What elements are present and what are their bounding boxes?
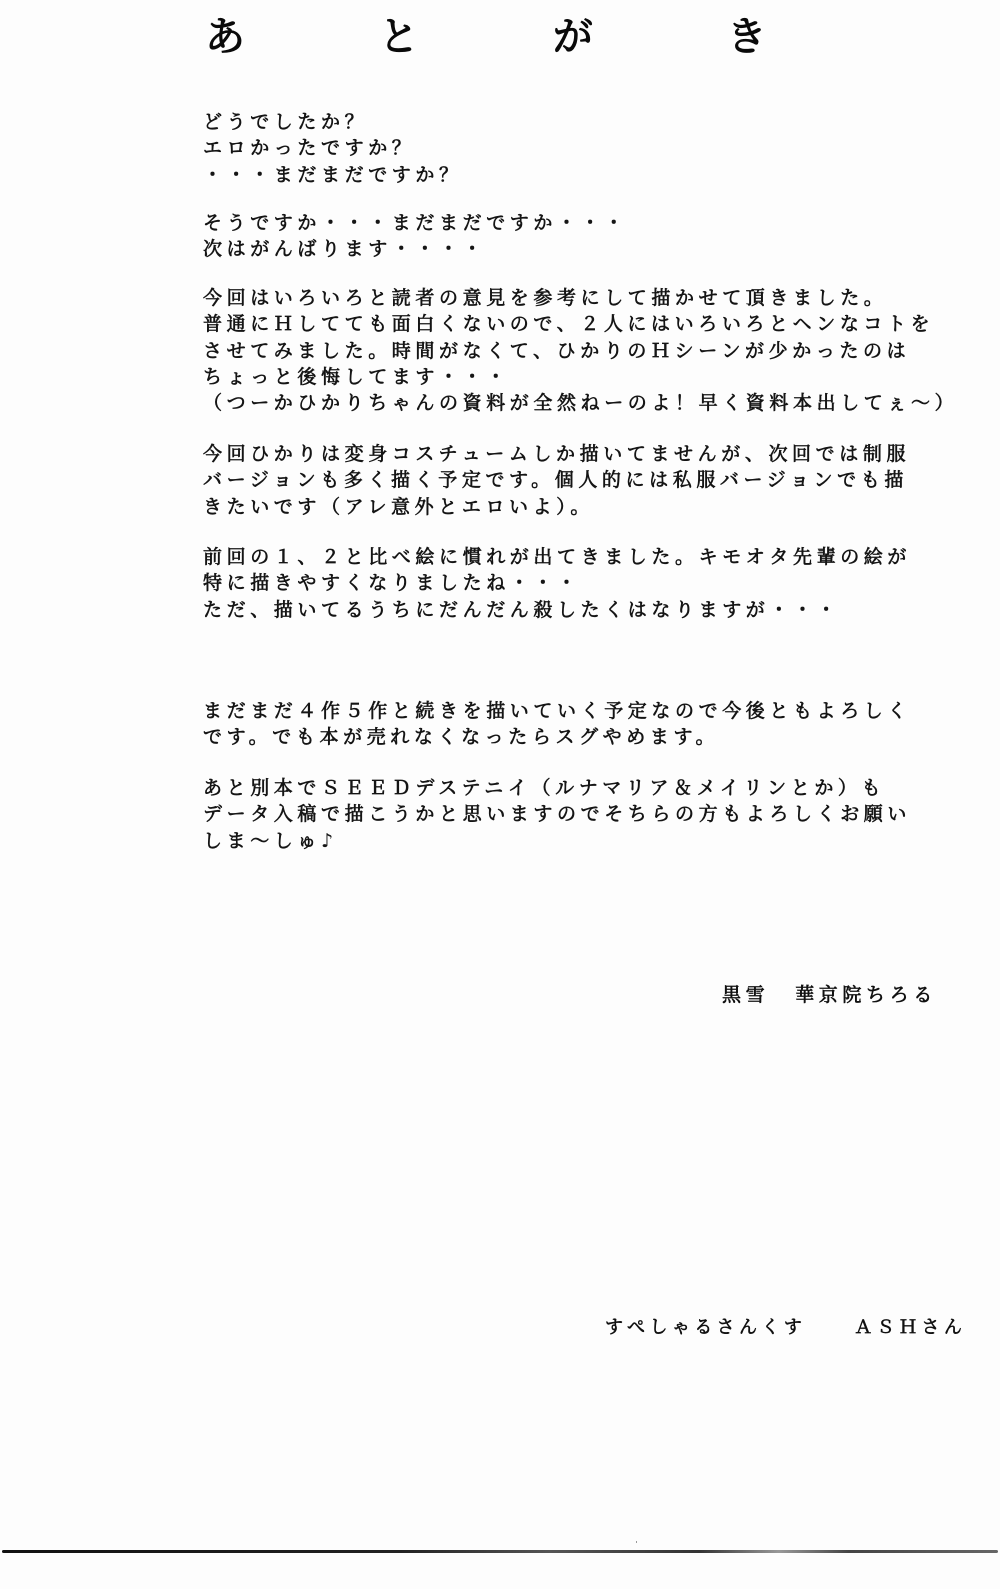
text-line: エロかったですか？: [203, 135, 463, 161]
text-line: 普通にＨしてても面白くないので、２人にはいろいろとヘンなコトを: [203, 311, 958, 337]
bottom-rule-divider: [2, 1550, 998, 1553]
paragraph-other-book: あと別本でＳＥＥＤデステニイ（ルナマリア＆メイリンとか）も データ入稿で描こうか…: [203, 775, 911, 854]
author-name: 華京院ちろる: [795, 984, 937, 1006]
paragraph-costume: 今回ひかりは変身コスチュームしか描いてませんが、次回では制服 バージョンも多く描…: [203, 441, 910, 520]
text-line: データ入稿で描こうかと思いますのでそちらの方もよろしくお願い: [203, 801, 911, 827]
paragraph-future-plans: まだまだ４作５作と続きを描いていく予定なので今後ともよろしく です。でも本が売れ…: [203, 698, 911, 751]
author-signature: 黒雪華京院ちろる: [722, 980, 937, 1007]
page-title: あ と が き: [205, 12, 827, 62]
text-line: 次はがんばります・・・・: [203, 236, 628, 262]
paragraph-reader-feedback: 今回はいろいろと読者の意見を参考にして描かせて頂きました。 普通にＨしてても面白…: [203, 285, 958, 416]
scan-speck: [636, 1541, 637, 1543]
text-line: あと別本でＳＥＥＤデステニイ（ルナマリア＆メイリンとか）も: [203, 775, 911, 801]
circle-name: 黒雪: [722, 984, 769, 1006]
paragraph-intro: どうでしたか？ エロかったですか？ ・・・まだまだですか？: [203, 109, 463, 188]
special-thanks: すぺしゃるさんくすＡＳＨさん: [605, 1313, 966, 1339]
text-line: です。でも本が売れなくなったらスグやめます。: [203, 724, 911, 750]
paragraph-response: そうですか・・・まだまだですか・・・ 次はがんばります・・・・: [203, 210, 628, 263]
text-line: 前回の１、２と比べ絵に慣れが出てきました。キモオタ先輩の絵が: [203, 544, 911, 570]
text-line: ちょっと後悔してます・・・: [203, 364, 958, 390]
text-line: ただ、描いてるうちにだんだん殺したくはなりますが・・・: [203, 597, 911, 623]
text-line: どうでしたか？: [203, 109, 463, 135]
text-line: バージョンも多く描く予定です。個人的には私服バージョンでも描: [203, 467, 910, 493]
text-line: させてみました。時間がなくて、ひかりのＨシーンが少かったのは: [203, 338, 958, 364]
text-line: そうですか・・・まだまだですか・・・: [203, 210, 628, 236]
text-line: きたいです（アレ意外とエロいよ）。: [203, 494, 910, 520]
special-thanks-label: すぺしゃるさんくす: [605, 1317, 806, 1338]
special-thanks-name: ＡＳＨさん: [854, 1317, 966, 1338]
text-line: まだまだ４作５作と続きを描いていく予定なので今後ともよろしく: [203, 698, 911, 724]
afterword-page: あ と が き どうでしたか？ エロかったですか？ ・・・まだまだですか？ そう…: [0, 0, 1000, 1589]
text-line: 今回はいろいろと読者の意見を参考にして描かせて頂きました。: [203, 285, 958, 311]
text-line: （つーかひかりちゃんの資料が全然ねーのよ！早く資料本出してぇ～）: [203, 390, 958, 416]
text-line: 特に描きやすくなりましたね・・・: [203, 570, 911, 596]
paragraph-art-progress: 前回の１、２と比べ絵に慣れが出てきました。キモオタ先輩の絵が 特に描きやすくなり…: [203, 544, 911, 623]
text-line: 今回ひかりは変身コスチュームしか描いてませんが、次回では制服: [203, 441, 910, 467]
text-line: しま～しゅ♪: [203, 828, 911, 854]
text-line: ・・・まだまだですか？: [203, 162, 463, 188]
